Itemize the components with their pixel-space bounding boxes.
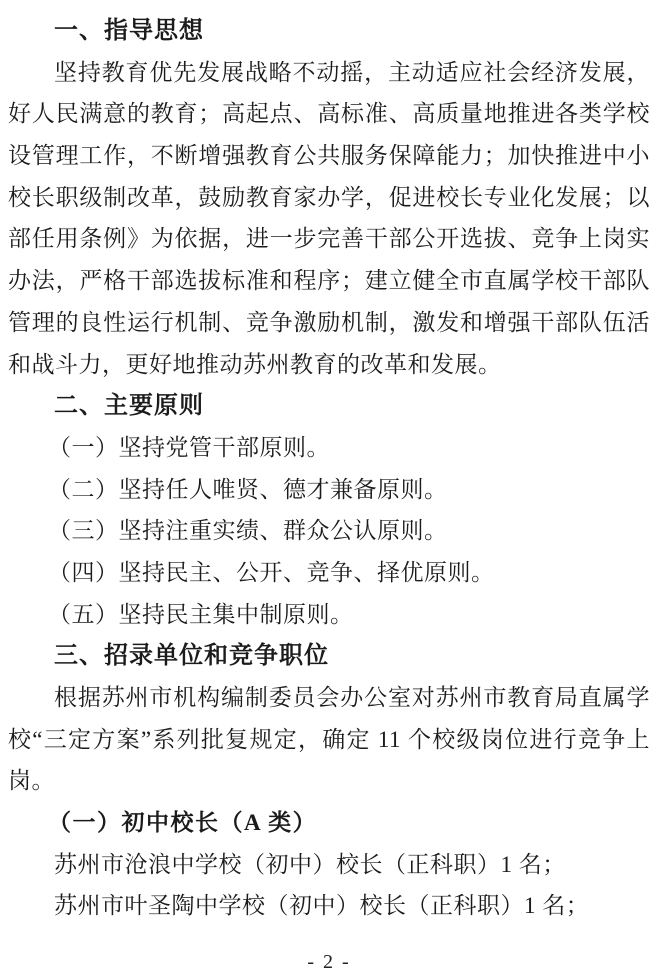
body-line: 办法，严格干部选拔标准和程序；建立健全市直属学校干部队伍 [8,260,650,302]
principle-item-2: （二）坚持任人唯贤、德才兼备原则。 [8,469,650,511]
body-line: 校“三定方案”系列批复规定，确定 11 个校级岗位进行竞争上 [8,719,650,761]
position-line-canglang: 苏州市沧浪中学校（初中）校长（正科职）1 名； [8,844,650,886]
page-number: - 2 - [0,951,658,974]
body-line: 根据苏州市机构编制委员会办公室对苏州市教育局直属学 [8,677,650,719]
section-heading-recruit-units: 三、招录单位和竞争职位 [8,635,650,677]
body-line: 和战斗力，更好地推动苏州教育的改革和发展。 [8,344,650,386]
body-line: 校长职级制改革，鼓励教育家办学，促进校长专业化发展；以《干 [8,177,650,219]
subheading-junior-high-principal-a: （一）初中校长（A 类） [8,802,650,844]
principle-item-1: （一）坚持党管干部原则。 [8,427,650,469]
principle-item-5: （五）坚持民主集中制原则。 [8,594,650,636]
section-heading-main-principles: 二、主要原则 [8,385,650,427]
principle-item-3: （三）坚持注重实绩、群众公认原则。 [8,510,650,552]
body-line: 岗。 [8,760,650,802]
body-line: 部任用条例》为依据，进一步完善干部公开选拔、竞争上岗实施 [8,218,650,260]
position-line-yeshengtao: 苏州市叶圣陶中学校（初中）校长（正科职）1 名； [8,885,650,927]
principle-item-4: （四）坚持民主、公开、竞争、择优原则。 [8,552,650,594]
section-heading-guiding-ideology: 一、指导思想 [8,10,650,52]
body-line: 坚持教育优先发展战略不动摇，主动适应社会经济发展，办 [8,52,650,94]
body-line: 管理的良性运行机制、竞争激励机制，激发和增强干部队伍活力 [8,302,650,344]
body-line: 好人民满意的教育；高起点、高标准、高质量地推进各类学校建 [8,93,650,135]
document-body: 一、指导思想 坚持教育优先发展战略不动摇，主动适应社会经济发展，办 好人民满意的… [8,10,650,927]
body-line: 设管理工作，不断增强教育公共服务保障能力；加快推进中小学 [8,135,650,177]
document-page: 一、指导思想 坚持教育优先发展战略不动摇，主动适应社会经济发展，办 好人民满意的… [0,0,658,980]
